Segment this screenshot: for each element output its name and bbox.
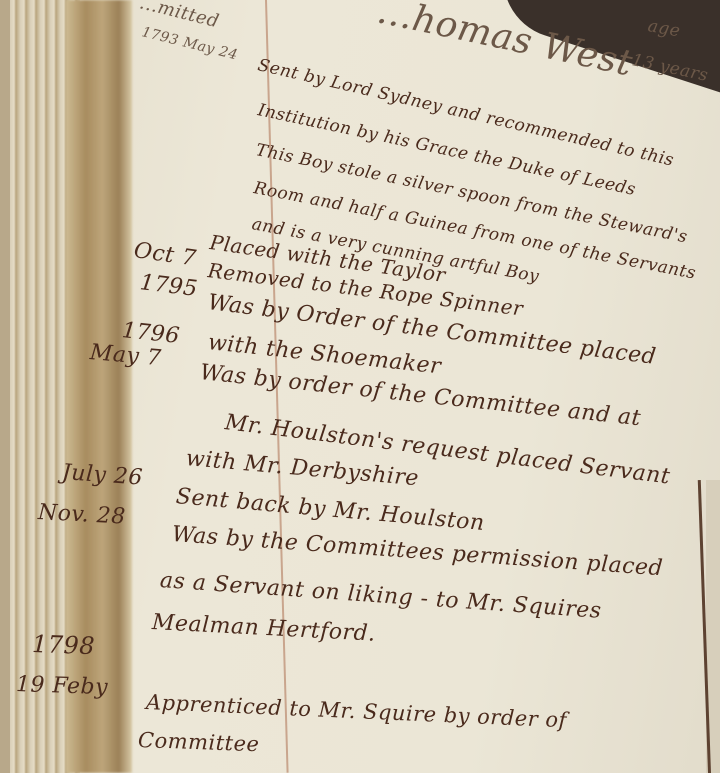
entry-date: Oct 7 — [132, 238, 198, 271]
entry-date: 19 Feby — [16, 672, 109, 700]
entry-date: Nov. 28 — [37, 500, 126, 530]
entry-line: Was by the Committees permission placed — [171, 522, 664, 581]
ledger-photo: ...mitted ...homas West age 13 years 179… — [0, 0, 720, 773]
binding-shadow — [0, 0, 10, 773]
entry-date: 1798 — [32, 630, 96, 660]
entry-date: 1795 — [138, 270, 199, 302]
entry-line: Apprenticed to Mr. Squire by order of — [145, 690, 567, 732]
entry-date: 1793 May 24 — [140, 24, 239, 63]
entry-line: Mealman Hertford. — [151, 610, 376, 647]
entry-line: Committee — [138, 728, 260, 756]
